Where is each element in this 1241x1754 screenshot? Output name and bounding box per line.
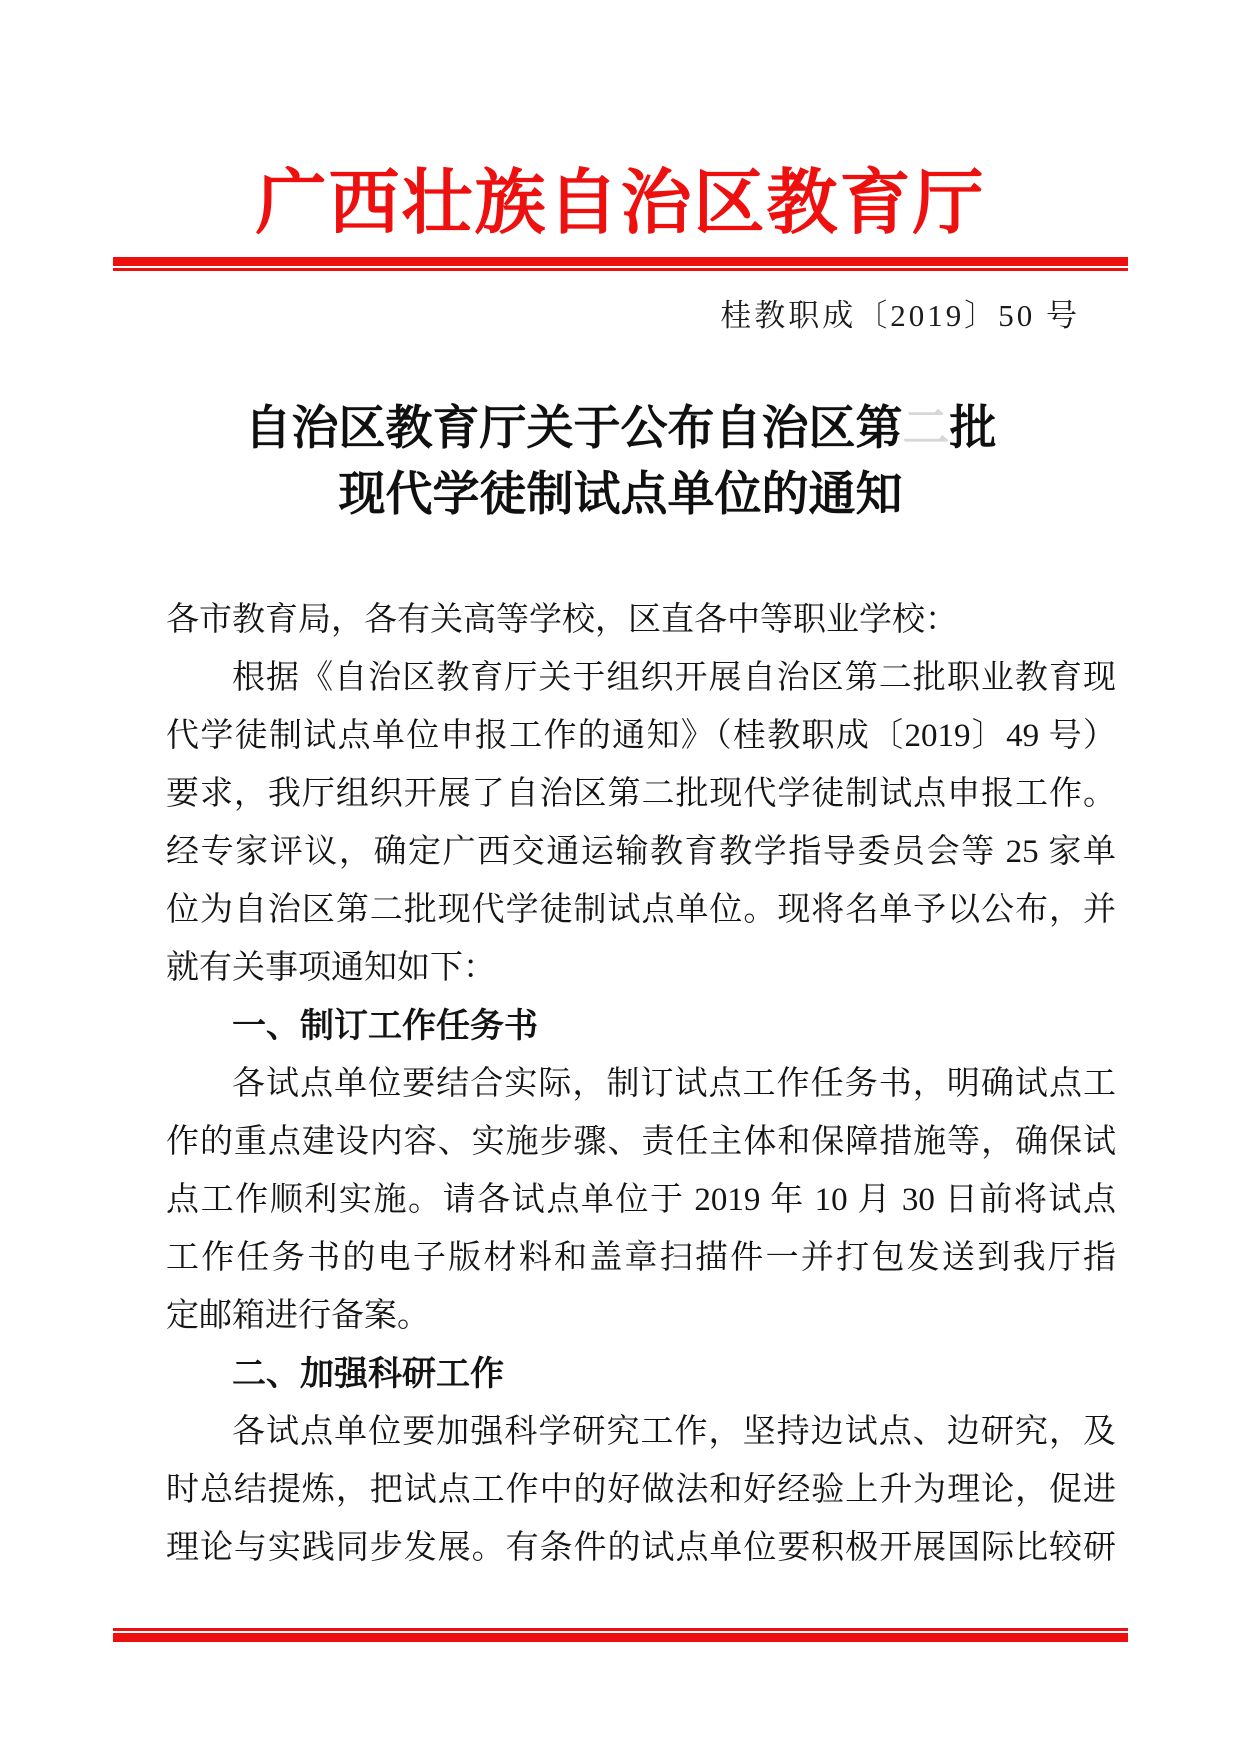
section-heading-1: 一、制订工作任务书 bbox=[166, 997, 1116, 1055]
document-body: 各市教育局，各有关高等学校，区直各中等职业学校： 根据《自治区教育厅关于组织开展… bbox=[166, 591, 1116, 1577]
header-rule-thin-line bbox=[113, 268, 1128, 271]
title-line-1: 自治区教育厅关于公布自治区第二批 bbox=[0, 396, 1241, 462]
body-line: 代学徒制试点单位申报工作的通知》（桂教职成〔2019〕49 号） bbox=[166, 707, 1116, 765]
document-page: 广西壮族自治区教育厅 桂教职成〔2019〕50 号 自治区教育厅关于公布自治区第… bbox=[0, 0, 1241, 1754]
body-line: 定邮箱进行备案。 bbox=[166, 1287, 1116, 1345]
header-rule bbox=[113, 257, 1128, 271]
body-line: 点工作顺利实施。请各试点单位于 2019 年 10 月 30 日前将试点 bbox=[166, 1171, 1116, 1229]
title-line-1-text: 自治区教育厅关于公布自治区第 bbox=[245, 403, 903, 455]
body-line: 位为自治区第二批现代学徒制试点单位。现将名单予以公布，并 bbox=[166, 881, 1116, 939]
document-title: 自治区教育厅关于公布自治区第二批 现代学徒制试点单位的通知 bbox=[0, 396, 1241, 528]
header-rule-thick-line bbox=[113, 257, 1128, 266]
body-line: 根据《自治区教育厅关于组织开展自治区第二批职业教育现 bbox=[166, 649, 1116, 707]
title-line-2: 现代学徒制试点单位的通知 bbox=[0, 462, 1241, 528]
doc-number: 桂教职成〔2019〕50 号 bbox=[0, 290, 1080, 335]
footer-rule-thick-line bbox=[113, 1633, 1128, 1642]
title-line-1-suffix: 批 bbox=[950, 403, 997, 455]
title-line-1-faded-char: 二 bbox=[903, 403, 950, 455]
footer-rule bbox=[113, 1628, 1128, 1642]
body-line: 理论与实践同步发展。有条件的试点单位要积极开展国际比较研 bbox=[166, 1519, 1116, 1577]
body-line: 各试点单位要结合实际，制订试点工作任务书，明确试点工 bbox=[166, 1055, 1116, 1113]
body-line: 就有关事项通知如下： bbox=[166, 939, 1116, 997]
body-line: 要求，我厅组织开展了自治区第二批现代学徒制试点申报工作。 bbox=[166, 765, 1116, 823]
body-line: 时总结提炼，把试点工作中的好做法和好经验上升为理论，促进 bbox=[166, 1461, 1116, 1519]
body-line: 作的重点建设内容、实施步骤、责任主体和保障措施等，确保试 bbox=[166, 1113, 1116, 1171]
section-heading-2: 二、加强科研工作 bbox=[166, 1345, 1116, 1403]
body-line: 工作任务书的电子版材料和盖章扫描件一并打包发送到我厅指 bbox=[166, 1229, 1116, 1287]
agency-name: 广西壮族自治区教育厅 bbox=[0, 146, 1241, 248]
body-line: 各试点单位要加强科学研究工作，坚持边试点、边研究，及 bbox=[166, 1403, 1116, 1461]
body-line-salutation: 各市教育局，各有关高等学校，区直各中等职业学校： bbox=[166, 591, 1116, 649]
body-line: 经专家评议，确定广西交通运输教育教学指导委员会等 25 家单 bbox=[166, 823, 1116, 881]
